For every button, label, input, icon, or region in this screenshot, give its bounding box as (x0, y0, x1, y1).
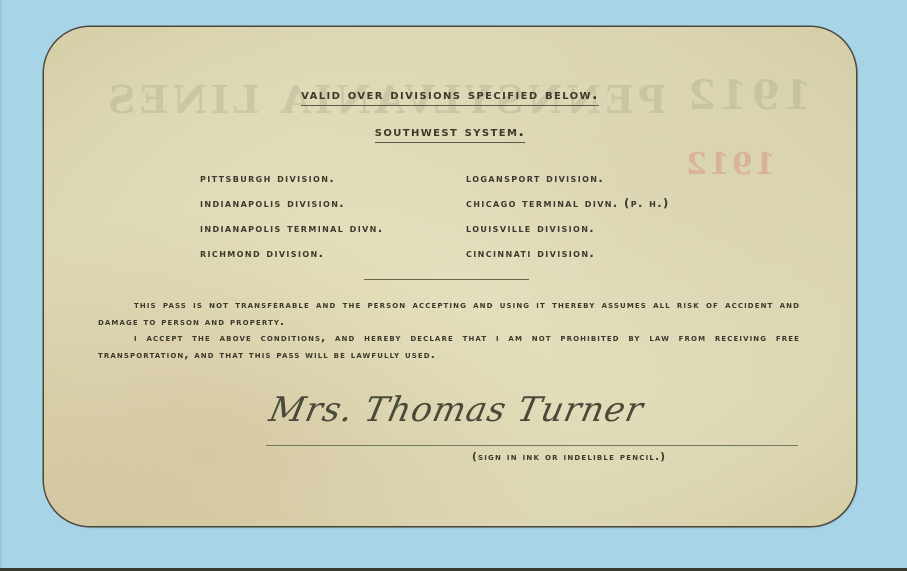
division-item: Indianapolis Terminal Divn. (200, 216, 384, 241)
reverse-side-stamp-bleed: 1912 (684, 147, 776, 182)
division-item: Richmond Division. (200, 241, 384, 266)
divisions-left-column: Pittsburgh Division. Indianapolis Divisi… (200, 166, 384, 266)
condition-transfer: This Pass is Not Transferable and the pe… (98, 297, 800, 330)
railroad-pass-card: PENNSYLVANIA LINES 1912 1912 Valid over … (44, 27, 856, 526)
signature-line (266, 445, 798, 446)
division-item: Indianapolis Division. (200, 191, 384, 216)
division-item: Pittsburgh Division. (200, 166, 384, 191)
division-item: Cincinnati Division. (466, 241, 670, 266)
sign-instruction: (Sign in ink or indelible pencil.) (472, 451, 666, 463)
divisions-right-column: Logansport Division. Chicago Terminal Di… (466, 166, 670, 266)
scan-left-edge (0, 0, 2, 571)
system-name: Southwest System. (44, 124, 856, 140)
handwritten-signature: Mrs. Thomas Turner (266, 390, 648, 430)
division-item: Logansport Division. (466, 166, 670, 191)
section-divider (364, 279, 529, 280)
division-item: Louisville Division. (466, 216, 670, 241)
division-item: Chicago Terminal Divn. (P. H.) (466, 191, 670, 216)
pass-conditions: This Pass is Not Transferable and the pe… (98, 297, 800, 363)
pass-title: Valid over Divisions Specified Below. (44, 87, 856, 103)
condition-acceptance: I accept the above conditions, and hereb… (98, 330, 800, 363)
